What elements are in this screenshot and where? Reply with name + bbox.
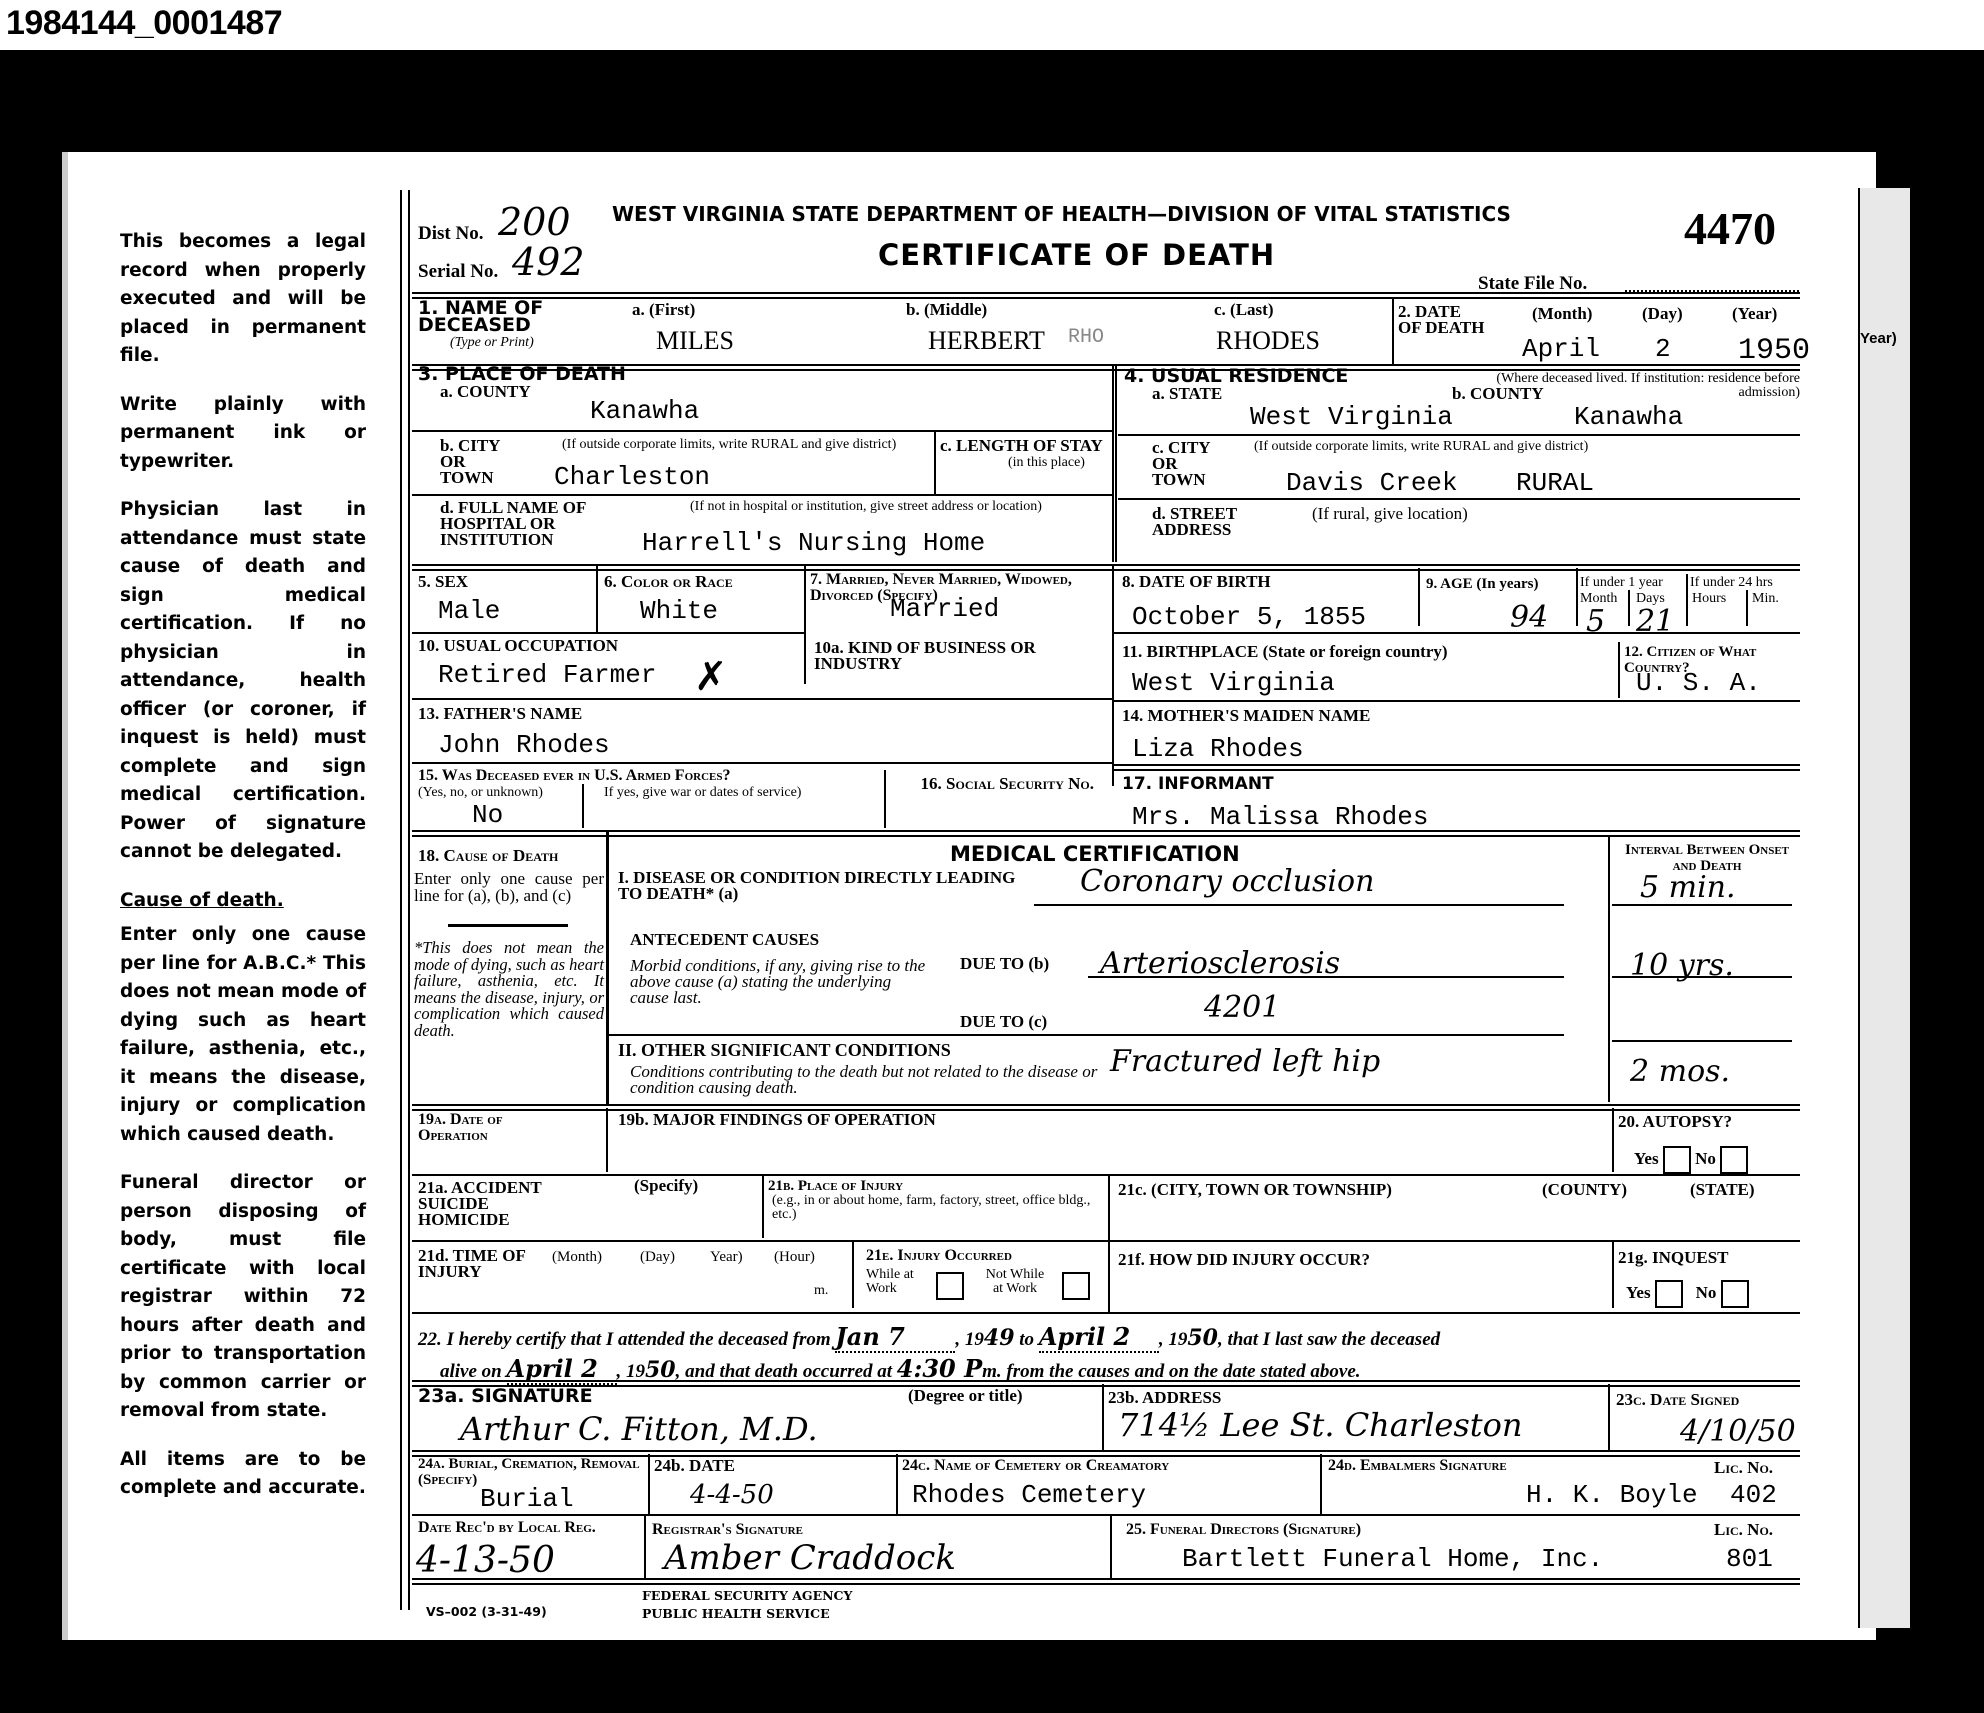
rule: [1118, 498, 1800, 500]
rule: [596, 566, 598, 632]
place-of-injury-note: (e.g., in or about home, farm, factory, …: [772, 1194, 1112, 1222]
res-city-note: (If outside corporate limits, write RURA…: [1254, 440, 1588, 454]
occupation-value: Retired Farmer: [438, 660, 656, 690]
rule: [1320, 1454, 1322, 1514]
accident-specify: (Specify): [634, 1178, 698, 1194]
hospital-label: d. FULL NAME OF HOSPITAL OR INSTITUTION: [440, 500, 640, 548]
autopsy-no-checkbox[interactable]: [1720, 1146, 1748, 1174]
signature-label: 23a. SIGNATURE: [418, 1388, 593, 1404]
rule: [804, 566, 806, 684]
rule: [1102, 1384, 1104, 1450]
certify-text: , 19: [1159, 1329, 1188, 1350]
registrar-signature: Amber Craddock: [664, 1538, 956, 1578]
instruction-all-items: All items are to be complete and accurat…: [120, 1446, 366, 1503]
while-at-work-label: While at Work: [866, 1268, 930, 1296]
part1-label: I. DISEASE OR CONDITION DIRECTLY LEADING…: [618, 870, 1038, 902]
rule: [608, 1034, 1564, 1036]
cause-a-value: Coronary occlusion: [1080, 864, 1374, 899]
due-to-c-label: DUE TO (c): [960, 1014, 1047, 1030]
embalmer-lic-label: Lic. No.: [1714, 1460, 1773, 1476]
cemetery-label: 24c. Name of Cemetery or Creamatory: [902, 1458, 1169, 1474]
rule: [412, 1380, 1800, 1387]
cemetery-value: Rhodes Cemetery: [912, 1480, 1146, 1510]
inquest-yes-checkbox[interactable]: [1655, 1280, 1683, 1308]
rule: [1612, 904, 1792, 906]
injury-county-label: (COUNTY): [1542, 1182, 1627, 1198]
certify-text: m. from the causes and on the date state…: [982, 1361, 1360, 1382]
operation-date-label: 19a. Date of Operation: [418, 1112, 538, 1144]
rule: [412, 698, 1112, 700]
rule: [1746, 590, 1748, 626]
first-name-value: MILES: [656, 326, 734, 356]
not-while-at-work-label: Not While at Work: [980, 1268, 1050, 1296]
form-number: VS–002 (3-31-49): [426, 1604, 547, 1619]
armed-forces-sub1: (Yes, no, or unknown): [418, 786, 543, 800]
instruction-funeral-director: Funeral director or person disposing of …: [120, 1169, 366, 1426]
informant-value: Mrs. Malissa Rhodes: [1132, 802, 1428, 832]
part2-label: II. OTHER SIGNIFICANT CONDITIONS: [618, 1042, 951, 1058]
disposition-value: Burial: [480, 1484, 574, 1514]
ssn-label: 16. Social Security No.: [894, 776, 1094, 792]
inquest-no-label: No: [1696, 1283, 1717, 1302]
rule: [1114, 764, 1800, 771]
attended-to-year: 50: [1187, 1325, 1218, 1351]
rule: [1118, 434, 1800, 436]
instruction-cause: Enter only one cause per line for A.B.C.…: [120, 921, 366, 1149]
not-while-at-work-checkbox[interactable]: [1062, 1272, 1090, 1300]
injury-occurred-label: 21e. Injury Occurred: [866, 1248, 1012, 1264]
pod-county-label: a. COUNTY: [440, 384, 580, 400]
rule: [934, 432, 936, 494]
rule: [582, 784, 584, 828]
x-mark: ✗: [694, 654, 728, 700]
instruction-legal-record: This becomes a legal record when properl…: [120, 228, 366, 371]
rule: [1112, 566, 1114, 786]
antecedent-label: ANTECEDENT CAUSES: [630, 932, 819, 948]
date-signed-label: 23c. Date Signed: [1616, 1392, 1739, 1408]
interval-other-value: 2 mos.: [1630, 1054, 1730, 1089]
cod-footnote: *This does not mean the mode of dying, s…: [414, 940, 604, 1039]
rule: [606, 1108, 608, 1172]
dod-year-value: 1950: [1738, 334, 1810, 368]
adjacent-page-year: Year): [1860, 330, 1897, 347]
dod-day-value: 2: [1655, 334, 1671, 364]
res-county-value: Kanawha: [1574, 402, 1683, 432]
res-street-label: d. STREET ADDRESS: [1152, 506, 1272, 538]
cod-label: 18. Cause of Death: [418, 848, 558, 864]
inquest-no-checkbox[interactable]: [1721, 1280, 1749, 1308]
rule: [412, 292, 1800, 299]
serial-no-value: 492: [512, 240, 585, 284]
hospital-note: (If not in hospital or institution, give…: [690, 500, 1100, 514]
stamp-number: 4470: [1684, 202, 1776, 255]
injury-hour-label: (Hour): [774, 1250, 815, 1264]
operation-findings-label: 19b. MAJOR FINDINGS OF OPERATION: [618, 1112, 936, 1128]
rule: [648, 1454, 650, 1514]
rule: [644, 1516, 646, 1578]
rule: [896, 1454, 898, 1514]
physician-signature: Arthur C. Fitton, M.D.: [460, 1410, 818, 1448]
age-hours-label: Hours: [1692, 592, 1726, 606]
age-label: 9. AGE (In years): [1426, 576, 1539, 592]
pod-city-value: Charleston: [554, 462, 710, 492]
certify-line-1: 22. I hereby certify that I attended the…: [418, 1322, 1800, 1353]
first-name-label: a. (First): [632, 302, 695, 318]
certify-text: and that death occurred at: [685, 1361, 892, 1382]
res-state-value: West Virginia: [1250, 402, 1453, 432]
rule: [1110, 1516, 1112, 1578]
length-of-stay-note: (in this place): [1008, 456, 1085, 470]
dod-month-value: April: [1522, 334, 1600, 364]
rule: [1392, 298, 1394, 366]
dod-year-label: (Year): [1732, 306, 1777, 322]
degree-label: (Degree or title): [908, 1388, 1023, 1404]
rule: [412, 1578, 1800, 1585]
certify-text: to: [1019, 1329, 1034, 1350]
mother-label: 14. MOTHER'S MAIDEN NAME: [1122, 708, 1370, 724]
injury-month-label: (Month): [552, 1250, 602, 1264]
rule: [1034, 904, 1564, 906]
rule: [412, 494, 1112, 496]
place-of-death-label: 3. PLACE OF DEATH: [418, 366, 626, 382]
rule: [1114, 632, 1800, 634]
instructions-sidebar: This becomes a legal record when properl…: [120, 228, 366, 1523]
rule: [1112, 366, 1117, 562]
res-city-value: Davis Creek: [1286, 468, 1458, 498]
cause-c-value: 4201: [1204, 990, 1280, 1025]
injury-day-label: (Day): [640, 1250, 675, 1264]
funeral-director-value: Bartlett Funeral Home, Inc.: [1182, 1544, 1603, 1574]
rule: [412, 1240, 1800, 1242]
accident-label: 21a. ACCIDENT SUICIDE HOMICIDE: [418, 1180, 548, 1228]
time-of-injury-label: 21d. TIME OF INJURY: [418, 1248, 528, 1280]
armed-forces-sub2: If yes, give war or dates of service): [604, 786, 801, 800]
part2-note: Conditions contributing to the death but…: [630, 1064, 1150, 1096]
instruction-cause-heading: Cause of death.: [120, 887, 366, 916]
age-value: 94: [1510, 600, 1548, 635]
autopsy-no-label: No: [1695, 1149, 1716, 1168]
rule: [1618, 642, 1620, 698]
rule: [1612, 1108, 1614, 1172]
rule: [1628, 590, 1630, 626]
other-conditions-value: Fractured left hip: [1110, 1044, 1380, 1079]
res-city-rural: RURAL: [1516, 468, 1594, 498]
citizen-value: U. S. A.: [1636, 668, 1761, 698]
sex-label: 5. SEX: [418, 574, 468, 590]
birthplace-value: West Virginia: [1132, 668, 1335, 698]
rule: [412, 1312, 1800, 1314]
rule: [1418, 568, 1420, 626]
registrar-signature-label: Registrar's Signature: [652, 1522, 803, 1538]
dod-day-label: (Day): [1642, 306, 1683, 322]
rule: [1114, 700, 1800, 702]
race-value: White: [640, 596, 718, 626]
birthplace-label: 11. BIRTHPLACE (State or foreign country…: [1122, 644, 1448, 660]
date-received-value: 4-13-50: [416, 1540, 555, 1581]
under-1-year-label: If under 1 year: [1580, 576, 1700, 590]
scan-id: 1984144_0001487: [6, 4, 282, 43]
medical-cert-title: MEDICAL CERTIFICATION: [950, 842, 1240, 866]
address-label: 23b. ADDRESS: [1108, 1390, 1221, 1406]
middle-name-strikeover: RHO: [1068, 326, 1104, 349]
disposition-date-value: 4-4-50: [690, 1480, 774, 1510]
rule: [1612, 1242, 1614, 1308]
funeral-lic-value: 801: [1726, 1544, 1773, 1574]
interval-a-value: 5 min.: [1640, 870, 1736, 905]
rule: [1576, 568, 1578, 626]
funeral-lic-label: Lic. No.: [1714, 1522, 1773, 1538]
rule: [448, 924, 568, 927]
inquest-options: Yes No: [1626, 1280, 1749, 1308]
res-county-label: b. COUNTY: [1452, 386, 1544, 402]
last-name-label: c. (Last): [1214, 302, 1273, 318]
adjacent-page-edge: [1858, 188, 1910, 1628]
pod-city-label: b. CITY OR TOWN: [440, 438, 520, 486]
middle-name-value: HERBERT: [928, 326, 1045, 356]
inquest-label: 21g. INQUEST: [1618, 1250, 1729, 1266]
due-to-b-label: DUE TO (b): [960, 956, 1049, 972]
date-received-label: Date Rec'd by Local Reg.: [418, 1520, 628, 1536]
inquest-yes-label: Yes: [1626, 1283, 1651, 1302]
certify-text: alive on: [440, 1361, 502, 1382]
dob-label: 8. DATE OF BIRTH: [1122, 574, 1271, 590]
date-signed-value: 4/10/50: [1680, 1414, 1796, 1449]
injury-m-label: m.: [814, 1284, 828, 1298]
age-min-label: Min.: [1752, 592, 1779, 606]
cod-note: Enter only one cause per line for (a), (…: [414, 870, 604, 904]
certify-text: , 19: [955, 1329, 984, 1350]
rule: [412, 830, 1800, 837]
rule: [1088, 976, 1564, 978]
injury-year-label: Year): [710, 1250, 743, 1264]
embalmer-value: H. K. Boyle: [1526, 1480, 1698, 1510]
rule: [412, 762, 1112, 764]
last-name-value: RHODES: [1216, 326, 1320, 356]
footer-agency-1: FEDERAL SECURITY AGENCY: [642, 1588, 852, 1603]
rule: [1108, 1176, 1110, 1314]
certificate-title: CERTIFICATE OF DEATH: [878, 238, 1275, 272]
armed-forces-label: 15. Was Deceased ever in U.S. Armed Forc…: [418, 768, 730, 784]
rule: [412, 632, 804, 634]
how-injury-label: 21f. HOW DID INJURY OCCUR?: [1118, 1252, 1370, 1268]
attended-from-year: 49: [984, 1325, 1015, 1351]
attended-to-value: April 2: [1039, 1322, 1159, 1353]
attended-from-value: Jan 7: [835, 1322, 955, 1353]
marital-value: Married: [890, 594, 999, 624]
antecedent-note: Morbid conditions, if any, giving rise t…: [630, 958, 930, 1006]
armed-forces-value: No: [472, 800, 503, 830]
business-label: 10a. KIND OF BUSINESS OR INDUSTRY: [814, 640, 1104, 672]
res-city-label: c. CITY OR TOWN: [1152, 440, 1232, 488]
embalmer-label: 24d. Embalmers Signature: [1328, 1458, 1507, 1474]
father-value: John Rhodes: [438, 730, 610, 760]
dod-month-label: (Month): [1532, 306, 1592, 322]
dist-no-label: Dist No.: [418, 226, 483, 242]
certify-text: , 19: [617, 1361, 646, 1382]
father-label: 13. FATHER'S NAME: [418, 706, 582, 722]
agency-title: WEST VIRGINIA STATE DEPARTMENT OF HEALTH…: [612, 202, 1511, 226]
res-street-note: (If rural, give location): [1312, 506, 1468, 522]
autopsy-yes-checkbox[interactable]: [1663, 1146, 1691, 1174]
under-24-hrs-label: If under 24 hrs: [1690, 576, 1773, 590]
middle-name-label: b. (Middle): [906, 302, 987, 318]
rule: [884, 770, 886, 828]
length-of-stay-label: c. LENGTH OF STAY: [940, 438, 1105, 454]
autopsy-yes-label: Yes: [1634, 1149, 1659, 1168]
rule: [412, 1174, 1800, 1176]
rule: [1608, 1384, 1610, 1450]
form-divider: [400, 190, 410, 1610]
rule: [762, 1176, 764, 1238]
disposition-date-label: 24b. DATE: [654, 1458, 735, 1474]
dob-value: October 5, 1855: [1132, 602, 1366, 632]
certify-text: that I last saw the deceased: [1227, 1329, 1440, 1350]
rule: [852, 1242, 854, 1308]
pod-city-note: (If outside corporate limits, write RURA…: [562, 438, 912, 452]
injury-city-label: 21c. (CITY, TOWN OR TOWNSHIP): [1118, 1182, 1392, 1198]
usual-residence-label: 4. USUAL RESIDENCE: [1124, 368, 1348, 384]
item1-label: 1. NAME OF DECEASED: [418, 300, 588, 334]
instruction-physician: Physician last in attendance must state …: [120, 496, 366, 867]
rule: [412, 564, 1800, 571]
injury-state-label: (STATE): [1690, 1182, 1755, 1198]
rule: [412, 1514, 1800, 1516]
mother-value: Liza Rhodes: [1132, 734, 1304, 764]
embalmer-lic-value: 402: [1730, 1480, 1777, 1510]
res-state-label: a. STATE: [1152, 386, 1222, 402]
informant-label: 17. INFORMANT: [1122, 776, 1274, 792]
funeral-director-label: 25. Funeral Directors (Signature): [1126, 1522, 1361, 1538]
dist-no-value: 200: [498, 200, 571, 244]
rule: [1608, 836, 1610, 1102]
physician-address: 714½ Lee St. Charleston: [1118, 1406, 1522, 1444]
place-of-injury-label: 21b. Place of Injury: [768, 1178, 903, 1194]
autopsy-yes: Yes No: [1634, 1146, 1748, 1174]
rule: [606, 832, 609, 1104]
state-file-label: State File No.: [1478, 276, 1587, 292]
hospital-value: Harrell's Nursing Home: [642, 528, 985, 558]
rule: [1612, 976, 1792, 978]
certify-text: 22. I hereby certify that I attended the…: [418, 1329, 831, 1350]
rule: [412, 430, 1112, 432]
time-of-death-value: 4:30 P: [897, 1354, 982, 1383]
pod-county-value: Kanawha: [590, 396, 699, 426]
footer-agency-2: PUBLIC HEALTH SERVICE: [642, 1606, 830, 1621]
instruction-write-plainly: Write plainly with permanent ink or type…: [120, 391, 366, 477]
while-at-work-checkbox[interactable]: [936, 1272, 964, 1300]
date-of-death-label: 2. DATE OF DEATH: [1398, 304, 1488, 336]
serial-no-label: Serial No.: [418, 264, 498, 280]
occupation-label: 10. USUAL OCCUPATION: [418, 638, 618, 654]
autopsy-label: 20. AUTOPSY?: [1618, 1114, 1732, 1130]
race-label: 6. Color or Race: [604, 574, 733, 590]
rule: [1686, 574, 1688, 626]
rule: [1612, 1040, 1792, 1042]
sex-value: Male: [438, 596, 500, 626]
item1-sub: (Type or Print): [450, 336, 534, 350]
